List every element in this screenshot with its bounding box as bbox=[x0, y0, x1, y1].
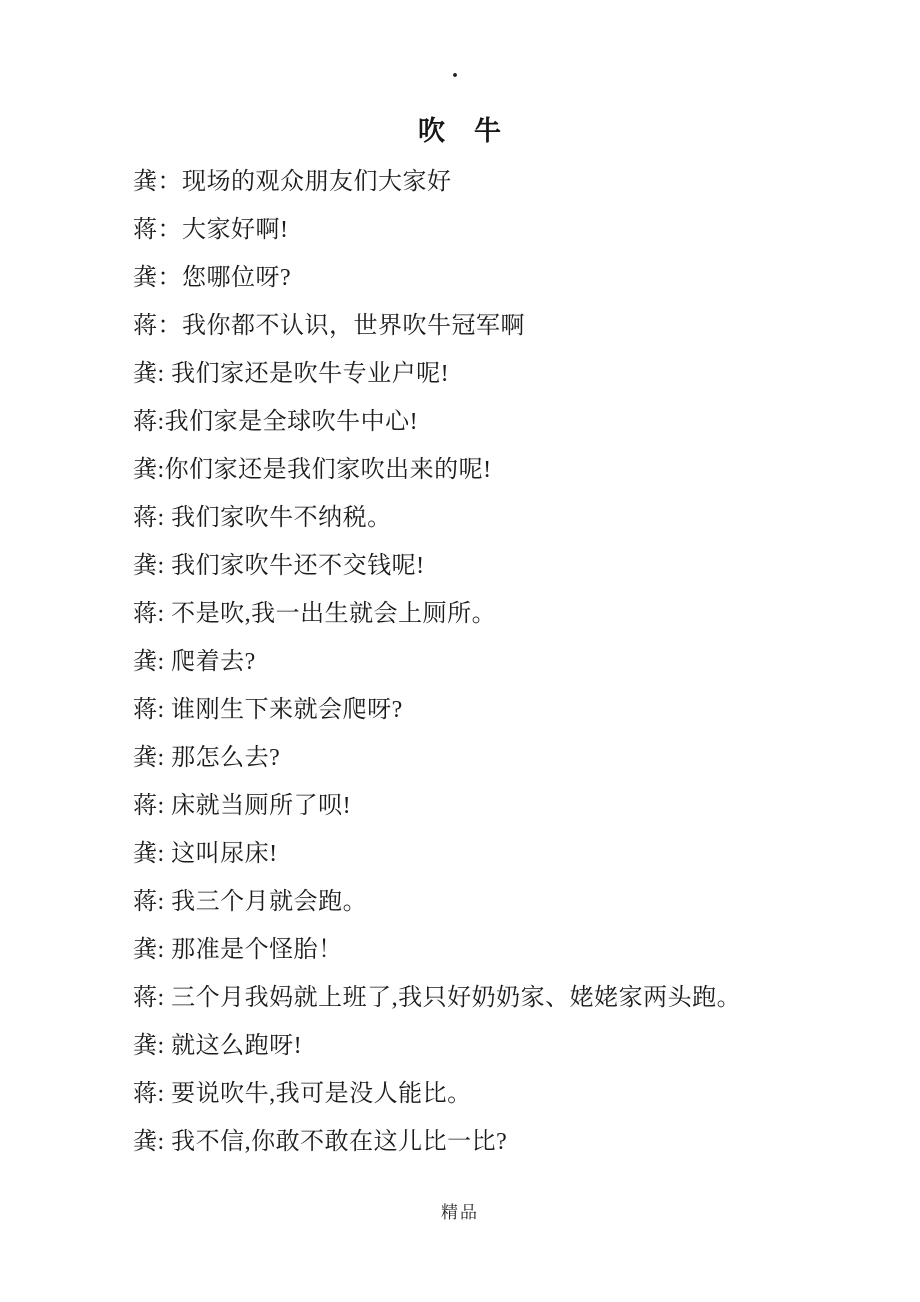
dialogue-line: 蒋: 三个月我妈就上班了,我只好奶奶家、姥姥家两头跑。 bbox=[133, 974, 880, 1022]
dialogue-line: 龚:你们家还是我们家吹出来的呢! bbox=[133, 446, 880, 494]
dialogue-line: 龚: 我们家吹牛还不交钱呢! bbox=[133, 542, 880, 590]
document-page: . 吹 牛 龚：现场的观众朋友们大家好 蒋：大家好啊! 龚：您哪位呀? 蒋：我你… bbox=[0, 0, 920, 1302]
dialogue-line: 龚: 我们家还是吹牛专业户呢! bbox=[133, 350, 880, 398]
dialogue-line: 龚: 就这么跑呀! bbox=[133, 1022, 880, 1070]
dialogue-body: 龚：现场的观众朋友们大家好 蒋：大家好啊! 龚：您哪位呀? 蒋：我你都不认识，世… bbox=[133, 158, 880, 1166]
page-title: 吹 牛 bbox=[0, 115, 920, 147]
dialogue-line: 龚: 那准是个怪胎！ bbox=[133, 926, 880, 974]
dialogue-line: 龚：现场的观众朋友们大家好 bbox=[133, 158, 880, 206]
dialogue-line: 蒋: 要说吹牛,我可是没人能比。 bbox=[133, 1070, 880, 1118]
dialogue-line: 龚：您哪位呀? bbox=[133, 254, 880, 302]
dialogue-line: 龚: 我不信,你敢不敢在这儿比一比? bbox=[133, 1118, 880, 1166]
dialogue-line: 蒋：我你都不认识，世界吹牛冠军啊 bbox=[133, 302, 880, 350]
dialogue-line: 蒋: 谁刚生下来就会爬呀? bbox=[133, 686, 880, 734]
dialogue-line: 蒋: 我们家吹牛不纳税。 bbox=[133, 494, 880, 542]
dialogue-line: 龚: 那怎么去? bbox=[133, 734, 880, 782]
dialogue-line: 蒋: 我三个月就会跑。 bbox=[133, 878, 880, 926]
dialogue-line: 龚: 这叫尿床! bbox=[133, 830, 880, 878]
dialogue-line: 蒋: 床就当厕所了呗! bbox=[133, 782, 880, 830]
dialogue-line: 蒋:我们家是全球吹牛中心! bbox=[133, 398, 880, 446]
stray-dot-mark: . bbox=[452, 58, 458, 82]
footer-watermark: 精品 bbox=[0, 1202, 920, 1224]
dialogue-line: 蒋：大家好啊! bbox=[133, 206, 880, 254]
dialogue-line: 龚: 爬着去? bbox=[133, 638, 880, 686]
dialogue-line: 蒋: 不是吹,我一出生就会上厕所。 bbox=[133, 590, 880, 638]
